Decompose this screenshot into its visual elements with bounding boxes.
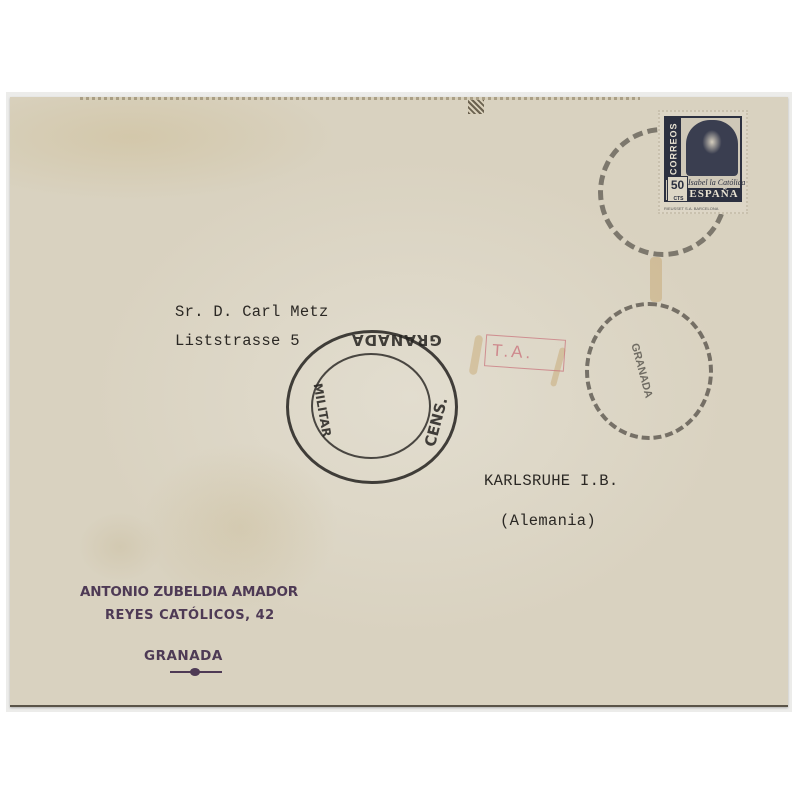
stamp-printer-imprint: RIEUSSET S.A. BARCELONA — [664, 206, 718, 211]
arrival-postmark — [585, 302, 713, 440]
stamp-value: 50 CTS — [667, 176, 688, 202]
recipient-name: Sr. D. Carl Metz — [175, 303, 329, 321]
sender-street: REYES CATÓLICOS, 42 — [105, 608, 275, 623]
stain — [469, 335, 484, 376]
stain — [650, 257, 662, 302]
stamp-country: ESPAÑA — [688, 188, 740, 200]
stamp-value-unit: CTS — [669, 196, 688, 202]
envelope-top-edge — [80, 97, 640, 100]
stamp-frame: CORREOS 50 CTS Isabel la Católica ESPAÑA — [664, 116, 742, 202]
stamp-value-number: 50 — [671, 178, 684, 192]
stamp-portrait-caption: Isabel la Católica — [688, 178, 745, 187]
censor-inner-ring — [311, 353, 431, 459]
postage-stamp: CORREOS 50 CTS Isabel la Católica ESPAÑA… — [658, 110, 748, 214]
envelope: CORREOS 50 CTS Isabel la Católica ESPAÑA… — [10, 97, 788, 707]
sender-city: GRANADA — [144, 648, 223, 664]
tear-mark — [468, 100, 484, 114]
portrait-icon — [686, 120, 738, 176]
censor-tag-box: T.A. — [484, 334, 566, 372]
recipient-city: KARLSRUHE I.B. — [484, 472, 618, 490]
sender-name: ANTONIO ZUBELDIA AMADOR — [80, 584, 298, 600]
censor-mark: GRANADA CENS. MILITAR — [286, 330, 458, 484]
recipient-country: (Alemania) — [500, 512, 596, 530]
recipient-street: Liststrasse 5 — [175, 332, 300, 350]
ornament-rule-icon — [170, 671, 222, 673]
censor-city: GRANADA — [351, 331, 442, 349]
stamp-side-text: CORREOS — [666, 118, 681, 180]
